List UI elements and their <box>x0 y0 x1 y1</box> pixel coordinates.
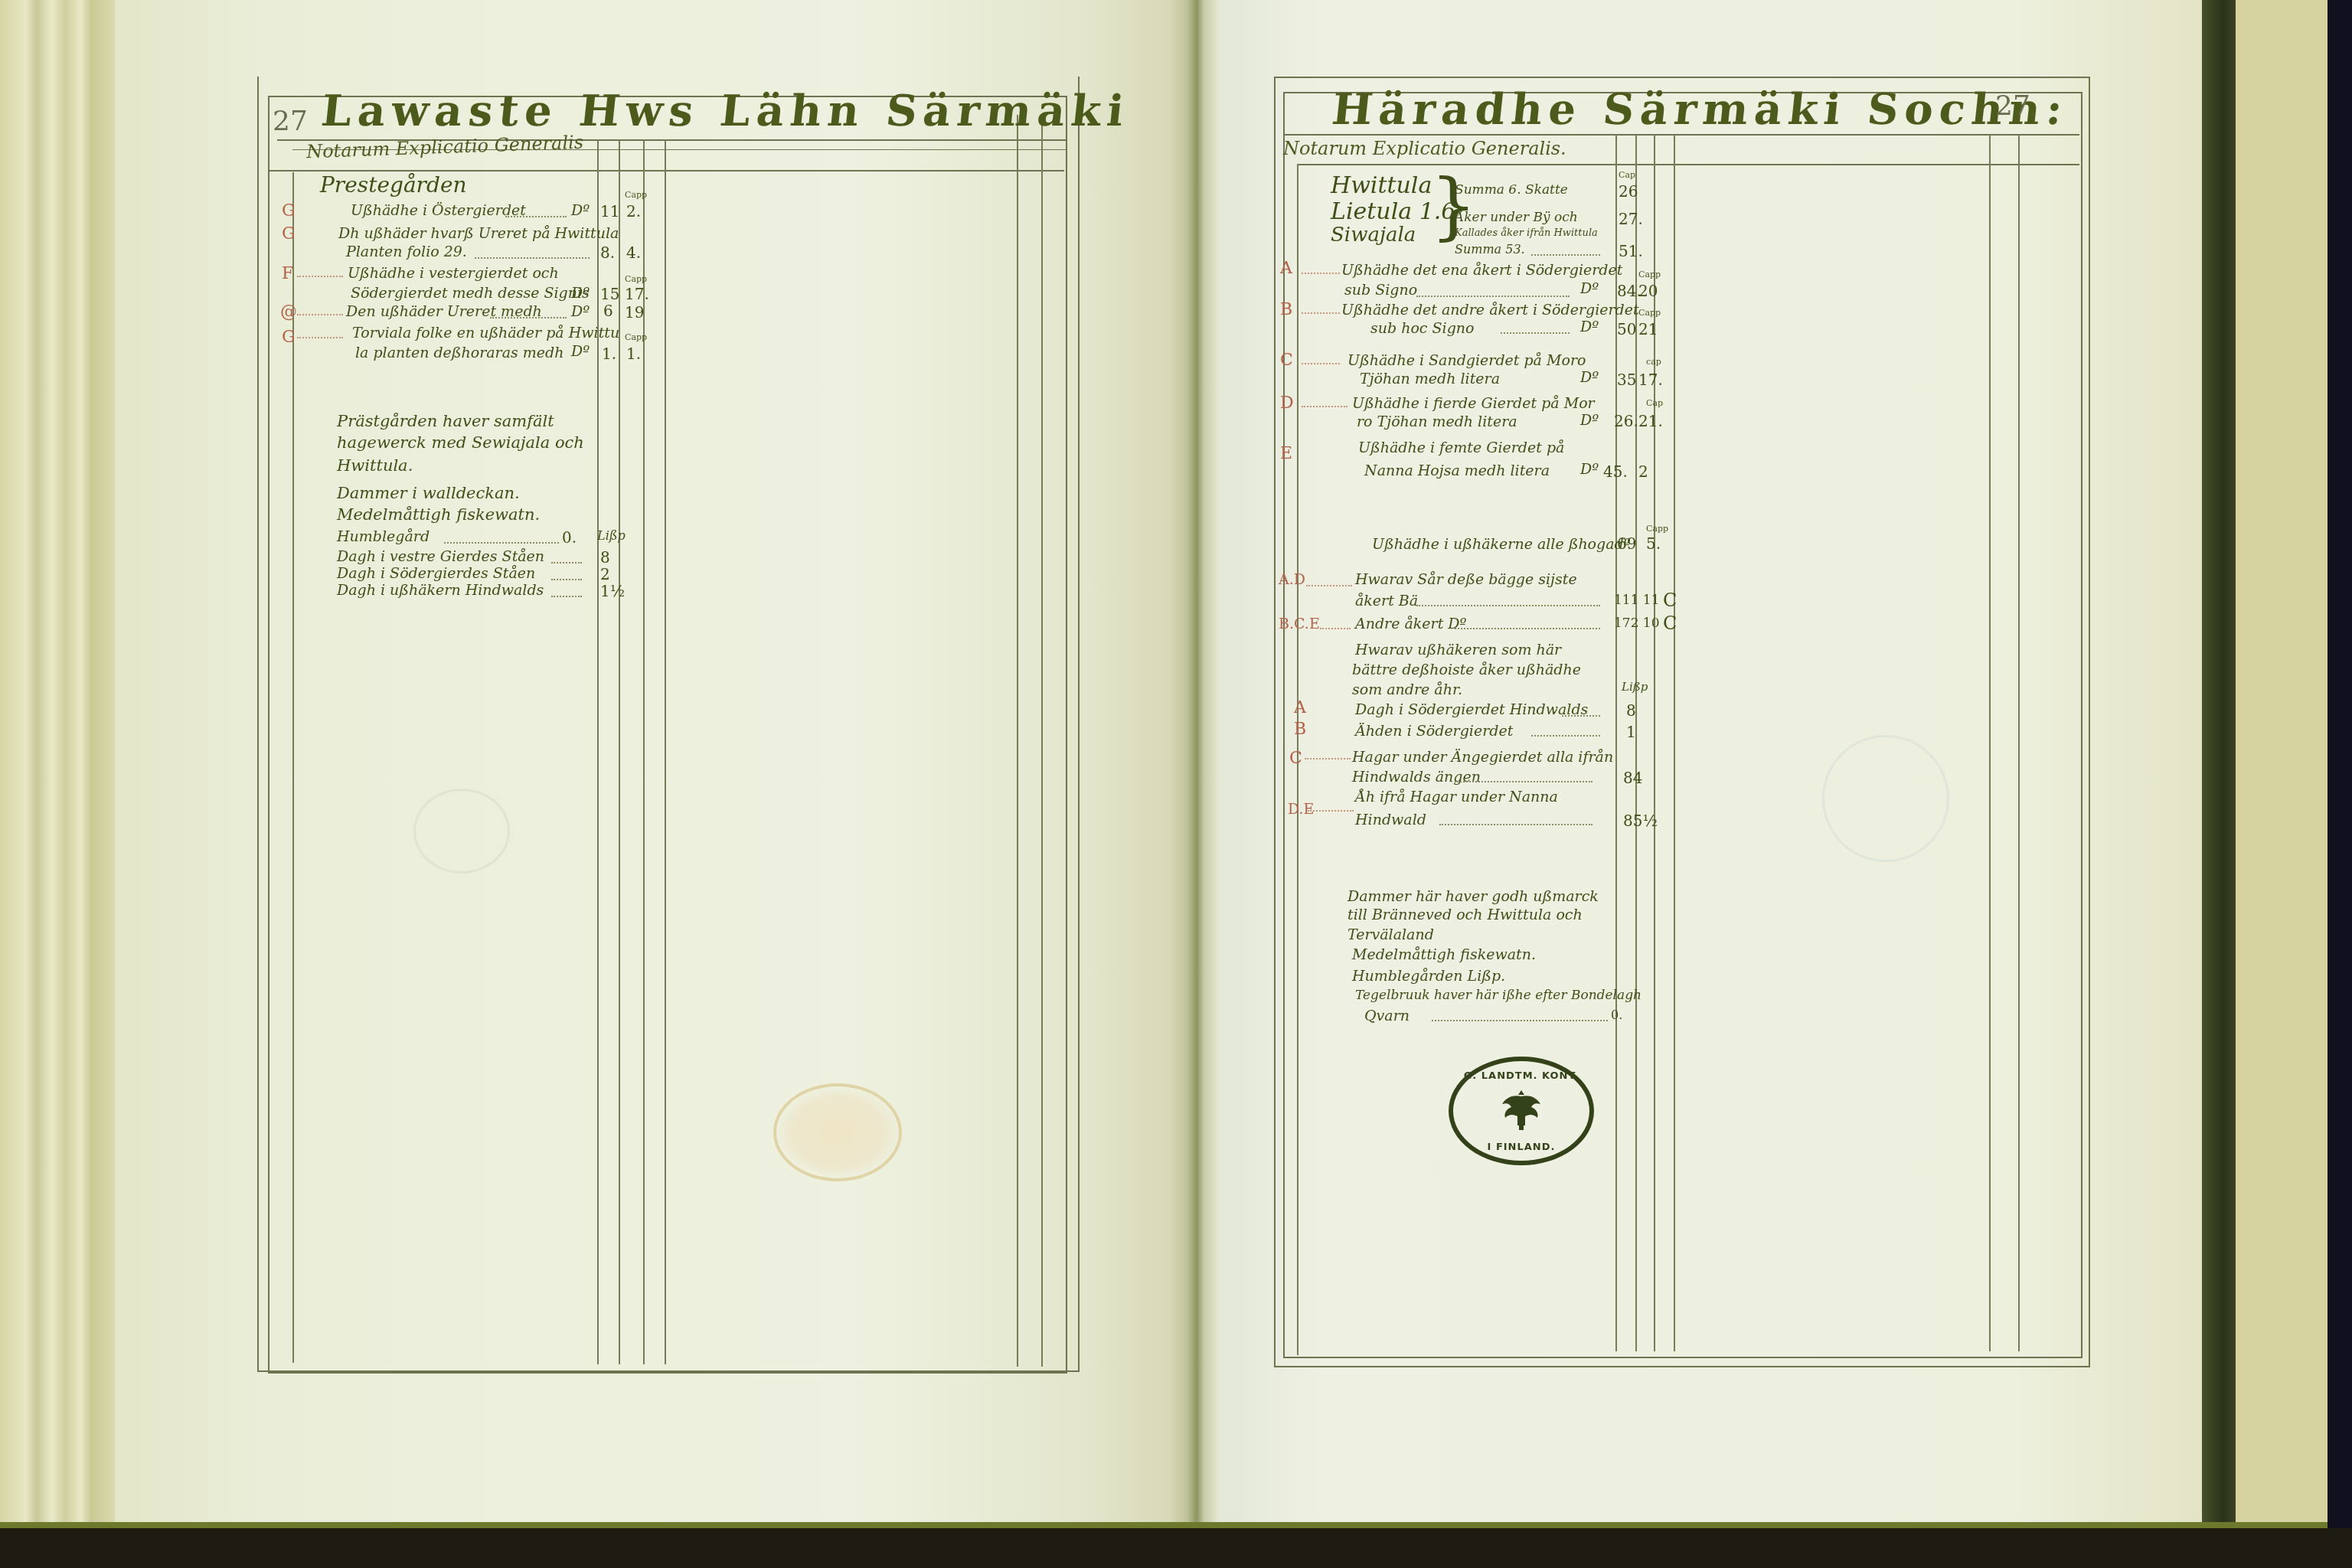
leader-dots <box>1439 824 1592 825</box>
rubric-leader-dots <box>1308 810 1354 812</box>
summary-unit-label: Capp <box>1646 524 1668 534</box>
leader-dots <box>475 257 590 259</box>
marker-letter: B.C.E <box>1279 616 1320 632</box>
back-board <box>2236 0 2329 1524</box>
entry-col1-value: 50 <box>1617 322 1636 337</box>
marker-letter: F <box>282 264 293 283</box>
leader-dots <box>551 579 582 580</box>
rubric-leader-dots <box>1320 628 1351 629</box>
leader-dots <box>551 596 582 597</box>
entry-col2-value: 21. <box>1638 413 1663 429</box>
marker-letter: D <box>1280 394 1294 413</box>
ditto-mark: Dº <box>1580 282 1599 296</box>
entry-text: Dh ußhäder hvarß Ureret på Hwittula <box>338 227 619 241</box>
entry-line: Ähden i Södergierdet <box>1355 724 1513 739</box>
entry-unit-label: Capp <box>625 274 647 284</box>
ditto-mark: Dº <box>1580 371 1599 385</box>
marker-letter: B <box>1294 720 1306 739</box>
entry-col2-value: 4. <box>626 245 641 260</box>
left-col-line-2 <box>619 139 620 1364</box>
qvarn-value: 0. <box>1611 1009 1622 1021</box>
unit-label: Cap <box>1619 170 1635 180</box>
paragraph-line: Humblegården Lißp. <box>1352 969 1505 984</box>
entry-line: Andre åkert Dº <box>1355 617 1467 632</box>
entry-col2-value: 17. <box>1638 372 1663 387</box>
leader-dots <box>1455 628 1600 629</box>
entry-value: 1 <box>1626 724 1636 740</box>
entry-line: Åh ifrå Hagar under Nanna <box>1355 790 1558 805</box>
bracket-value: 27. <box>1619 211 1643 227</box>
left-title-rule <box>268 170 1064 171</box>
right-header-rule <box>1298 164 2079 165</box>
bracket-line: Summa 53. <box>1455 243 1525 256</box>
entry-text: Ußhädhe i Östergierdet <box>351 204 526 218</box>
ditto-mark: Dº <box>571 305 590 319</box>
marker-letter: D.E <box>1288 801 1314 818</box>
leader-dots <box>551 562 582 563</box>
rubric-leader-dots <box>297 276 343 277</box>
leader-dots <box>1416 605 1600 606</box>
paragraph-line: Hwittula. <box>337 458 413 474</box>
entry-col1-value: 35 <box>1617 372 1636 387</box>
right-page-subtitle: Notarum Explicatio Generalis. <box>1283 138 1566 159</box>
paragraph-line: hagewerck med Sewiajala och <box>337 435 584 451</box>
entry-text: Humblegård <box>337 530 430 544</box>
entry-col1-value: 26. <box>1614 413 1638 429</box>
entry-line: sub Signo <box>1344 283 1417 298</box>
entry-unit-label: Capp <box>625 190 647 200</box>
rubric-leader-dots <box>1305 758 1351 759</box>
entry-value: 111 11 <box>1614 594 1659 607</box>
leader-dots <box>490 317 567 318</box>
leader-dots <box>1531 735 1600 737</box>
marker-letter: @ <box>280 302 297 322</box>
entry-value: 84 <box>1623 770 1642 786</box>
summary-line: Ußhädhe i ußhäkerne alle ßhogadº <box>1372 537 1631 552</box>
ditto-mark: Dº <box>571 286 590 301</box>
entry-line: Nanna Hojsa medh litera <box>1364 464 1550 479</box>
bracket-line: Summa 6. Skatte <box>1455 184 1568 197</box>
entry-value: 8 <box>600 550 610 565</box>
entry-value: 85½ <box>1623 813 1658 828</box>
entry-col2-value: 2 <box>1638 464 1648 479</box>
right-col-line-5 <box>1989 134 1991 1351</box>
entry-line: Hwarav Sår deße bägge sijste <box>1355 573 1577 587</box>
rubric-leader-dots <box>1302 312 1340 314</box>
entry-text: Ußhädhe i vestergierdet och <box>348 266 559 281</box>
right-page-title: Häradhe Särmäki Sochn: <box>1330 84 2071 135</box>
leader-dots <box>1432 1020 1608 1021</box>
entry-col1-value: 8. <box>600 245 615 260</box>
left-col-line-5 <box>1017 115 1018 1367</box>
entry-value: 8 <box>1626 703 1636 718</box>
book-gutter <box>1170 0 1219 1524</box>
entry-unit-label: Capp <box>625 332 647 342</box>
land-survey-office-stamp: G. LANDTM. KONT. I FINLAND. <box>1449 1057 1594 1165</box>
ditto-mark: Dº <box>571 345 590 359</box>
paragraph-line: Tegelbruuk haver här ißhe efter Bondelag… <box>1355 989 1641 1002</box>
book-page-edges-left <box>0 0 130 1524</box>
entry-value: 0. <box>562 530 577 545</box>
bracket-line: Åker under Bÿ och <box>1455 211 1578 224</box>
leader-dots <box>1416 296 1570 297</box>
entry-unit-label: Lißp <box>1622 681 1648 693</box>
entry-value: 1½ <box>600 583 625 599</box>
entry-line: sub hoc Signo <box>1370 322 1474 336</box>
entry-line: Dagh i Södergierdet Hindwalds <box>1355 703 1588 717</box>
leader-dots <box>444 542 559 544</box>
background-dark-bottom <box>0 1528 2352 1568</box>
ghost-stamp-impression <box>413 789 510 874</box>
entry-col2-value: 20 <box>1638 283 1658 299</box>
left-col-line-4 <box>665 139 666 1364</box>
left-folio-number: 27 <box>273 106 308 137</box>
left-col-line-1 <box>597 139 599 1364</box>
ditto-mark: Dº <box>1580 413 1599 428</box>
leader-dots <box>1531 254 1600 256</box>
ditto-mark: Dº <box>571 204 590 218</box>
paragraph-line: Prästgården haver samfält <box>337 413 554 430</box>
marker-letter: E <box>1280 444 1292 463</box>
entry-text: Planten folio 29. <box>346 245 467 260</box>
rubric-leader-dots <box>1306 585 1352 586</box>
entry-unit-label: Capp <box>1638 308 1661 318</box>
ghost-stamp-impression <box>1822 735 1949 862</box>
entry-col2-value: 2. <box>626 204 641 219</box>
faint-library-stamp <box>773 1083 902 1181</box>
entry-line: Hindwalds ängen <box>1352 770 1481 785</box>
summary-col2-value: 5. <box>1646 536 1661 551</box>
left-page-title: Lawaste Hws Lähn Särmäki <box>319 86 1132 136</box>
background-dark-right <box>2327 0 2352 1568</box>
marker-letter: G <box>282 328 296 347</box>
entry-unit-label: Lißp <box>597 530 626 542</box>
entry-col2-value: 17. <box>625 286 649 302</box>
right-col-line-6 <box>2018 134 2020 1351</box>
rubric-leader-dots <box>297 314 343 315</box>
entry-line: Hagar under Ängegierdet alla ifrån <box>1352 750 1613 765</box>
farm-name: Siwajala <box>1331 225 1416 245</box>
paragraph-line: Tervälaland <box>1347 928 1434 942</box>
paragraph-line: Qvarn <box>1364 1009 1410 1024</box>
entry-line: Ußhädhe i fierde Gierdet på Mor <box>1352 397 1595 411</box>
ditto-mark: Dº <box>1580 320 1599 335</box>
entry-unit-label: cap <box>1646 357 1661 367</box>
marker-letter: A <box>1280 259 1292 278</box>
entry-col1-value: 11 <box>600 204 619 219</box>
entry-col2-value: 19 <box>625 305 644 320</box>
marker-letter: A <box>1294 698 1306 717</box>
entry-col1-value: 15 <box>600 286 619 302</box>
leader-dots <box>1562 715 1600 717</box>
entry-line: bättre deßhoiste åker ußhädhe <box>1352 663 1581 678</box>
entry-unit-label: Capp <box>1638 269 1661 279</box>
paragraph-line: Dammer i walldeckan. <box>337 485 520 501</box>
entry-value: 172 10 <box>1614 617 1659 630</box>
marker-letter: B <box>1280 300 1292 319</box>
leader-dots <box>1455 781 1592 782</box>
rubric-leader-dots <box>1302 363 1340 364</box>
paragraph-line: Medelmåttigh fiskewatn. <box>337 507 540 523</box>
left-col-line-6 <box>1041 115 1043 1367</box>
double-headed-eagle-icon <box>1496 1087 1547 1132</box>
summary-col1-value: 69 <box>1617 536 1636 551</box>
left-margin-line <box>292 172 294 1363</box>
right-col-line-4 <box>1674 134 1675 1351</box>
rubric-leader-dots <box>1302 406 1347 407</box>
entry-value: 2 <box>600 567 610 582</box>
bracket-value: 51. <box>1619 243 1643 259</box>
entry-text: Dagh i Södergierdes Ståen <box>337 567 535 581</box>
entry-line: som andre åhr. <box>1352 683 1462 697</box>
bracket-value: 26 <box>1619 184 1638 199</box>
section-heading-prestegarden: Prestegården <box>320 175 467 196</box>
entry-line: Tjöhan medh litera <box>1360 372 1500 387</box>
bracket-line: Kallades åker ifrån Hwittula <box>1455 228 1598 238</box>
entry-line: åkert Bä <box>1355 594 1418 609</box>
farm-name: Hwittula <box>1331 175 1432 198</box>
marker-letter: C <box>1280 351 1293 370</box>
entry-text: Södergierdet medh desse Signis <box>351 286 590 301</box>
entry-col1-value: 45. <box>1603 464 1628 479</box>
leader-dots <box>505 216 567 217</box>
entry-flag: C <box>1663 614 1677 632</box>
back-cover-edge <box>2202 0 2237 1524</box>
right-folio-number: 27 <box>1995 90 2030 122</box>
entry-col2-value: 1. <box>626 346 641 361</box>
entry-line: Hindwald <box>1355 813 1426 828</box>
stamp-top-text: G. LANDTM. KONT. <box>1453 1070 1589 1082</box>
entry-flag: C <box>1663 591 1677 609</box>
entry-line: Ußhädhe i Sandgierdet på Moro <box>1347 354 1586 368</box>
entry-text: Dagh i ußhäkern Hindwalds <box>337 583 544 598</box>
entry-text: la planten deßhoraras medh <box>355 346 563 361</box>
entry-line: Ußhädhe i femte Gierdet på <box>1358 441 1564 456</box>
entry-line: Hwarav ußhäkeren som här <box>1355 643 1561 658</box>
paragraph-line: Dammer här haver godh ußmarck <box>1347 890 1599 904</box>
entry-text: Torviala folke en ußhäder på Hwittu <box>352 326 619 341</box>
rubric-leader-dots <box>1302 273 1340 274</box>
leader-dots <box>1501 332 1570 334</box>
entry-line: Ußhädhe det andre åkert i Södergierdet <box>1341 303 1639 318</box>
entry-col2-value: 21 <box>1638 322 1658 337</box>
ditto-mark: Dº <box>1580 462 1599 477</box>
entry-col1-value: 6 <box>603 303 613 318</box>
left-col-line-3 <box>643 139 645 1364</box>
marker-letter: A.D <box>1279 571 1305 588</box>
rubric-leader-dots <box>297 337 343 338</box>
marker-letter: G <box>282 224 296 243</box>
paragraph-line: till Bränneved och Hwittula och <box>1347 908 1583 923</box>
entry-col1-value: 1. <box>602 346 616 361</box>
stamp-bottom-text: I FINLAND. <box>1453 1142 1589 1153</box>
entry-line: ro Tjöhan medh litera <box>1357 415 1517 430</box>
entry-text: Dagh i vestre Gierdes Ståen <box>337 550 544 564</box>
entry-line: Ußhädhe det ena åkert i Södergierdet <box>1341 263 1622 278</box>
entry-unit-label: Cap <box>1646 398 1663 408</box>
marker-letter: C <box>1289 749 1302 768</box>
paragraph-line: Medelmåttigh fiskewatn. <box>1352 948 1536 962</box>
marker-letter: G <box>282 201 296 220</box>
